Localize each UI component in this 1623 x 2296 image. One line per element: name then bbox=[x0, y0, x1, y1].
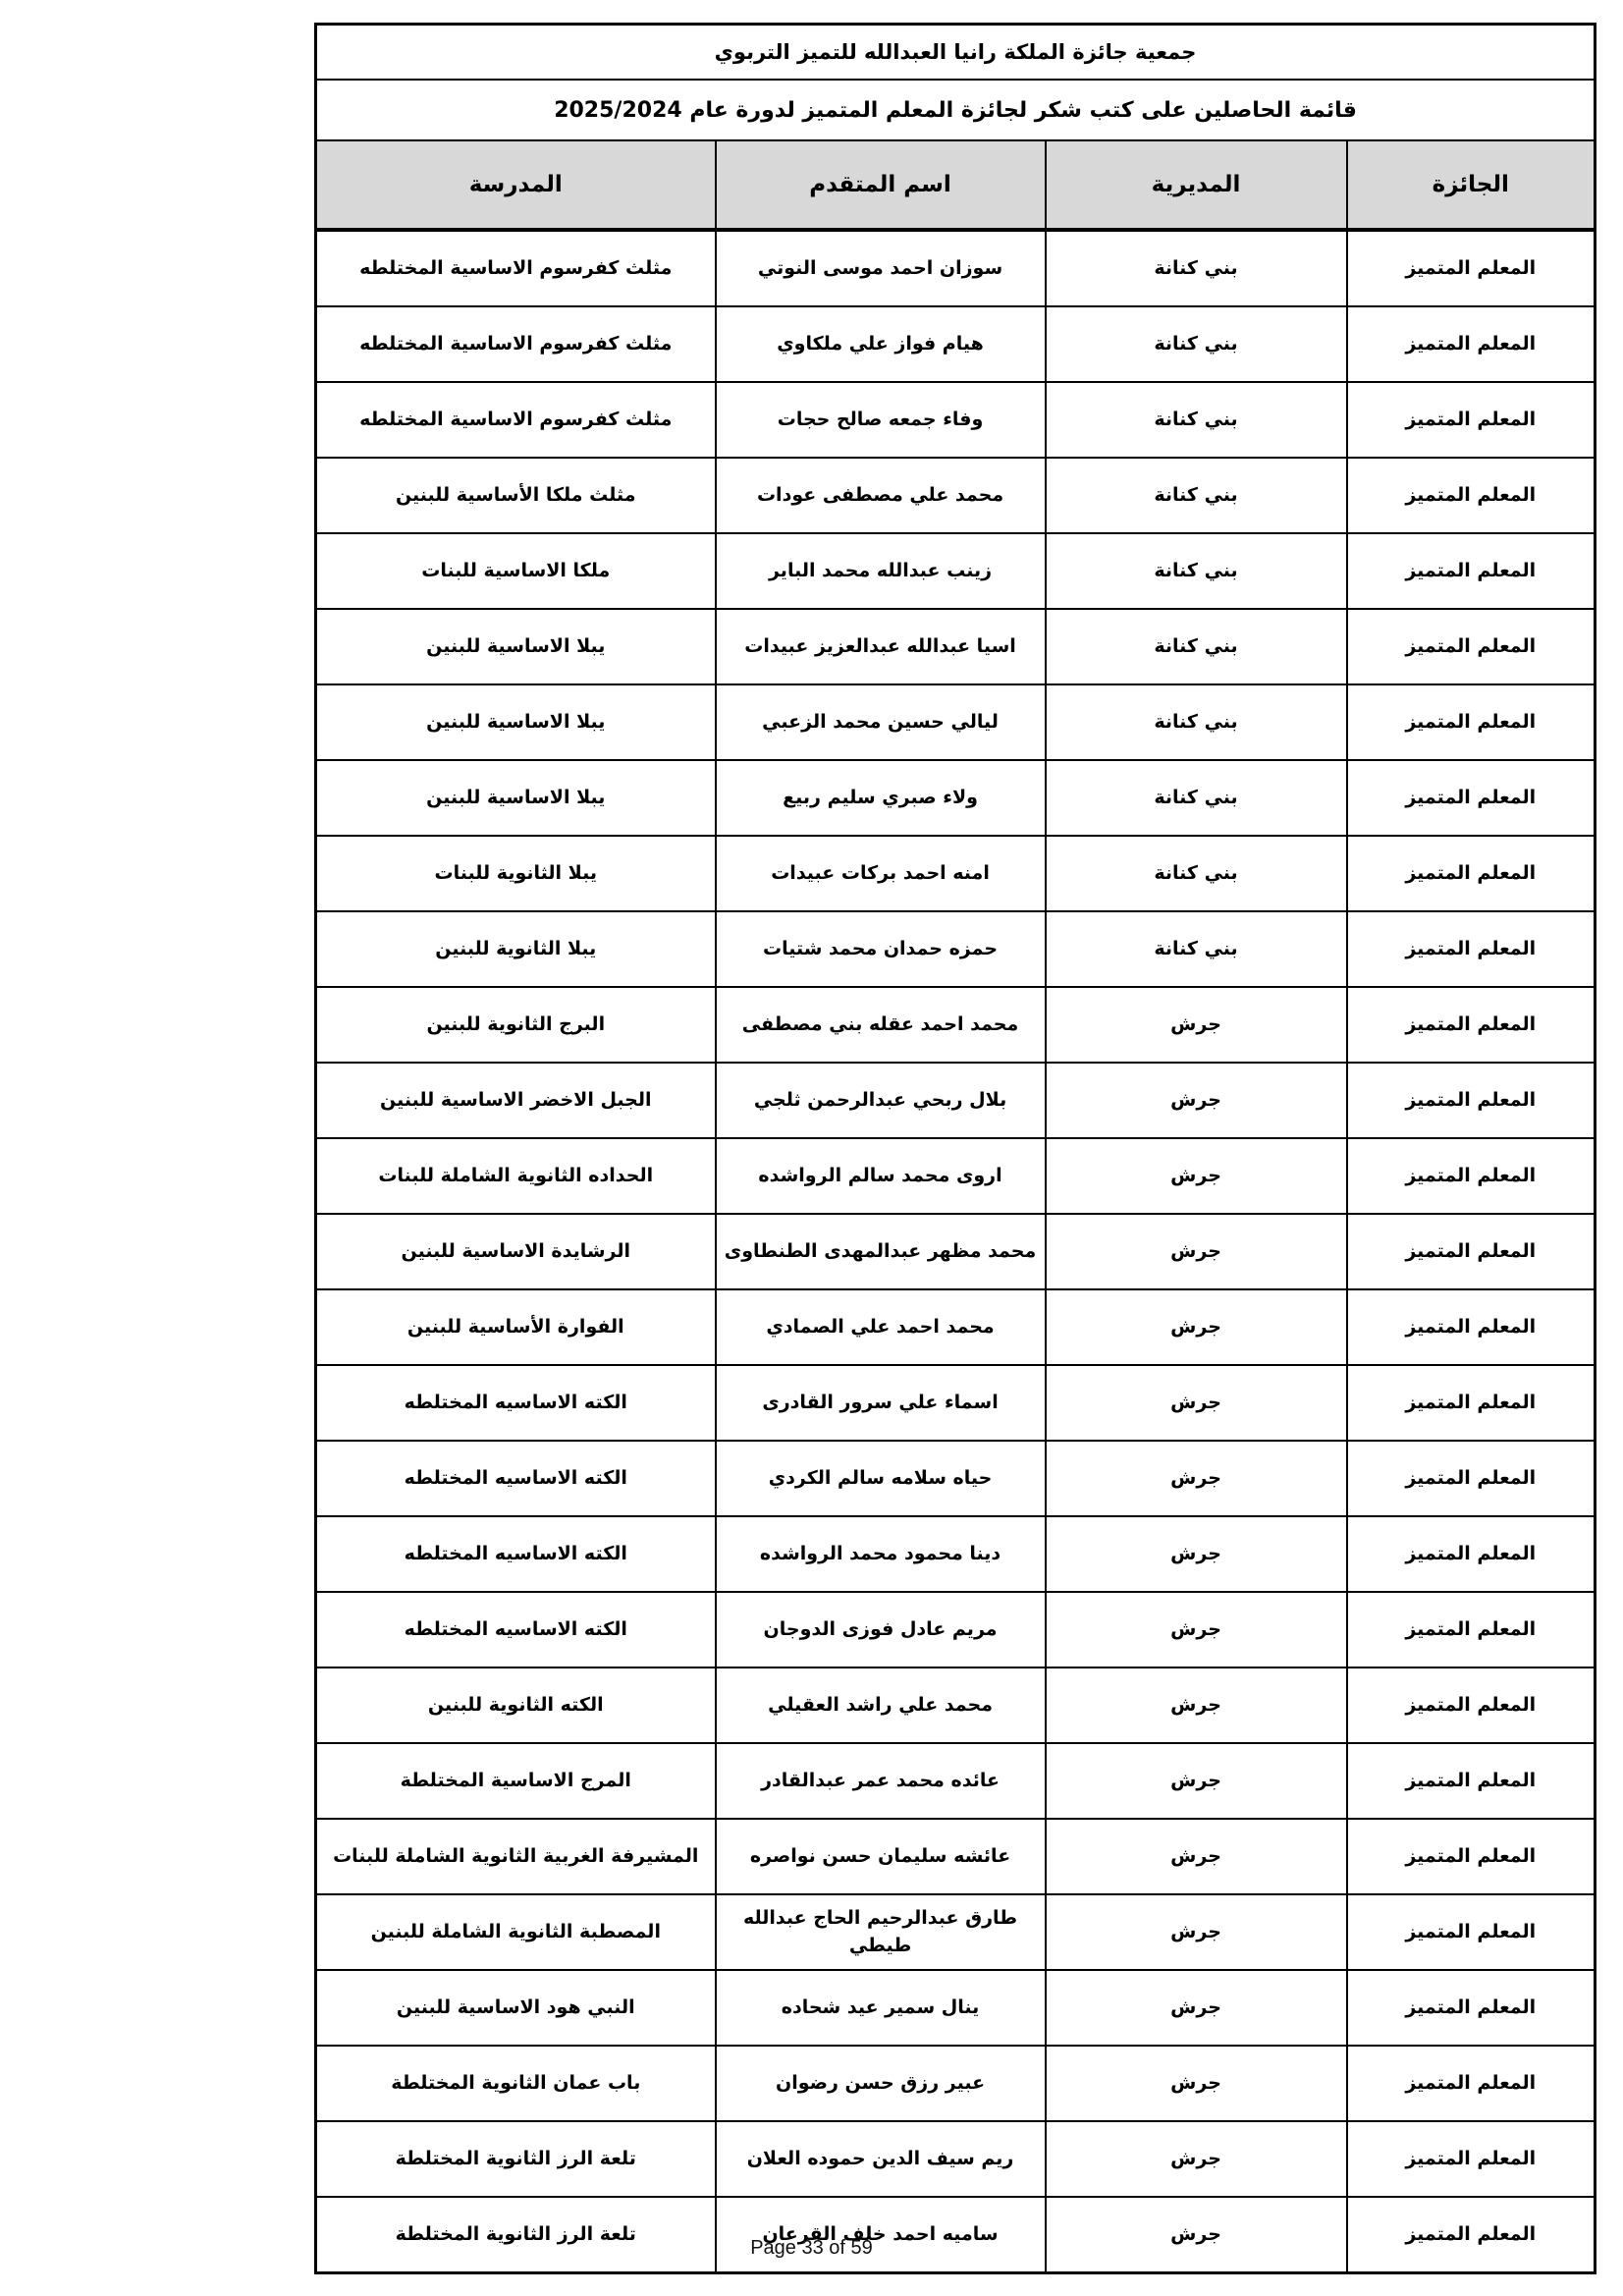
cell-applicant: عائشه سليمان حسن نواصره bbox=[716, 1819, 1046, 1894]
table-row: المعلم المتميز بني كنانة ليالي حسين محمد… bbox=[316, 684, 1596, 760]
cell-directorate: بني كنانة bbox=[1046, 230, 1347, 306]
cell-directorate: جرش bbox=[1046, 1138, 1347, 1214]
cell-directorate: جرش bbox=[1046, 2121, 1347, 2197]
cell-directorate: جرش bbox=[1046, 1894, 1347, 1970]
cell-applicant: بلال ربحي عبدالرحمن ثلجي bbox=[716, 1063, 1046, 1138]
table-row: المعلم المتميز جرش عائشه سليمان حسن نواص… bbox=[316, 1819, 1596, 1894]
table-row: المعلم المتميز بني كنانة امنه احمد بركات… bbox=[316, 836, 1596, 911]
cell-award: المعلم المتميز bbox=[1347, 836, 1596, 911]
table-subtitle-row: قائمة الحاصلين على كتب شكر لجائزة المعلم… bbox=[316, 80, 1596, 140]
cell-award: المعلم المتميز bbox=[1347, 1441, 1596, 1516]
cell-directorate: جرش bbox=[1046, 2197, 1347, 2273]
table-row: المعلم المتميز بني كنانة وفاء جمعه صالح … bbox=[316, 382, 1596, 458]
cell-school: مثلث كفرسوم الاساسية المختلطه bbox=[316, 306, 716, 382]
cell-applicant: محمد مظهر عبدالمهدى الطنطاوى bbox=[716, 1214, 1046, 1289]
table-row: المعلم المتميز جرش دينا محمود محمد الروا… bbox=[316, 1516, 1596, 1592]
cell-school: يبلا الثانوية للبنات bbox=[316, 836, 716, 911]
cell-award: المعلم المتميز bbox=[1347, 458, 1596, 533]
cell-award: المعلم المتميز bbox=[1347, 382, 1596, 458]
cell-award: المعلم المتميز bbox=[1347, 911, 1596, 987]
cell-directorate: جرش bbox=[1046, 1592, 1347, 1667]
cell-applicant: زينب عبدالله محمد الباير bbox=[716, 533, 1046, 609]
cell-directorate: بني كنانة bbox=[1046, 533, 1347, 609]
cell-applicant: ينال سمير عيد شحاده bbox=[716, 1970, 1046, 2046]
table-row: المعلم المتميز بني كنانة سوزان احمد موسى… bbox=[316, 230, 1596, 306]
table-row: المعلم المتميز جرش عبير رزق حسن رضوان با… bbox=[316, 2046, 1596, 2121]
cell-school: مثلث كفرسوم الاساسية المختلطه bbox=[316, 382, 716, 458]
cell-applicant: اسيا عبدالله عبدالعزيز عبيدات bbox=[716, 609, 1046, 684]
cell-school: باب عمان الثانوية المختلطة bbox=[316, 2046, 716, 2121]
cell-applicant: محمد علي مصطفى عودات bbox=[716, 458, 1046, 533]
table-row: المعلم المتميز جرش اروى محمد سالم الرواش… bbox=[316, 1138, 1596, 1214]
cell-award: المعلم المتميز bbox=[1347, 1214, 1596, 1289]
table-row: المعلم المتميز جرش اسماء علي سرور القادر… bbox=[316, 1365, 1596, 1441]
cell-school: مثلث كفرسوم الاساسية المختلطه bbox=[316, 230, 716, 306]
cell-school: الكته الاساسيه المختلطه bbox=[316, 1365, 716, 1441]
page-number: Page 33 of 59 bbox=[0, 2237, 1623, 2260]
table-row: المعلم المتميز جرش محمد مظهر عبدالمهدى ا… bbox=[316, 1214, 1596, 1289]
cell-school: النبي هود الاساسية للبنين bbox=[316, 1970, 716, 2046]
col-header-directorate: المديرية bbox=[1046, 140, 1347, 230]
cell-directorate: جرش bbox=[1046, 987, 1347, 1063]
cell-school: ملكا الاساسية للبنات bbox=[316, 533, 716, 609]
cell-school: الكته الاساسيه المختلطه bbox=[316, 1441, 716, 1516]
cell-school: الجبل الاخضر الاساسية للبنين bbox=[316, 1063, 716, 1138]
table-row: المعلم المتميز بني كنانة هيام فواز علي م… bbox=[316, 306, 1596, 382]
cell-award: المعلم المتميز bbox=[1347, 1138, 1596, 1214]
cell-award: المعلم المتميز bbox=[1347, 609, 1596, 684]
table-row: المعلم المتميز جرش طارق عبدالرحيم الحاج … bbox=[316, 1894, 1596, 1970]
cell-applicant: امنه احمد بركات عبيدات bbox=[716, 836, 1046, 911]
cell-applicant: ولاء صبري سليم ربيع bbox=[716, 760, 1046, 836]
cell-award: المعلم المتميز bbox=[1347, 1894, 1596, 1970]
table-row: المعلم المتميز بني كنانة حمزه حمدان محمد… bbox=[316, 911, 1596, 987]
cell-applicant: محمد علي راشد العقيلي bbox=[716, 1667, 1046, 1743]
list-title: قائمة الحاصلين على كتب شكر لجائزة المعلم… bbox=[316, 80, 1596, 140]
cell-award: المعلم المتميز bbox=[1347, 1819, 1596, 1894]
cell-award: المعلم المتميز bbox=[1347, 533, 1596, 609]
cell-directorate: جرش bbox=[1046, 1214, 1347, 1289]
cell-school: الكته الاساسيه المختلطه bbox=[316, 1592, 716, 1667]
cell-directorate: بني كنانة bbox=[1046, 382, 1347, 458]
table-row: المعلم المتميز بني كنانة اسيا عبدالله عب… bbox=[316, 609, 1596, 684]
cell-school: يبلا الاساسية للبنين bbox=[316, 760, 716, 836]
cell-directorate: جرش bbox=[1046, 1743, 1347, 1819]
cell-applicant: طارق عبدالرحيم الحاج عبدالله طيطي bbox=[716, 1894, 1046, 1970]
cell-directorate: جرش bbox=[1046, 1667, 1347, 1743]
cell-award: المعلم المتميز bbox=[1347, 2197, 1596, 2273]
table-row: المعلم المتميز جرش مريم عادل فوزى الدوجا… bbox=[316, 1592, 1596, 1667]
cell-directorate: جرش bbox=[1046, 1516, 1347, 1592]
cell-directorate: جرش bbox=[1046, 1970, 1347, 2046]
cell-school: الرشايدة الاساسية للبنين bbox=[316, 1214, 716, 1289]
table-row: المعلم المتميز بني كنانة زينب عبدالله مح… bbox=[316, 533, 1596, 609]
cell-directorate: جرش bbox=[1046, 2046, 1347, 2121]
org-title: جمعية جائزة الملكة رانيا العبدالله للتمي… bbox=[316, 25, 1596, 81]
cell-applicant: سوزان احمد موسى النوتي bbox=[716, 230, 1046, 306]
cell-applicant: محمد احمد عقله بني مصطفى bbox=[716, 987, 1046, 1063]
cell-award: المعلم المتميز bbox=[1347, 1365, 1596, 1441]
table-row: المعلم المتميز جرش محمد علي راشد العقيلي… bbox=[316, 1667, 1596, 1743]
table-row: المعلم المتميز جرش ينال سمير عيد شحاده ا… bbox=[316, 1970, 1596, 2046]
cell-directorate: بني كنانة bbox=[1046, 760, 1347, 836]
col-header-school: المدرسة bbox=[316, 140, 716, 230]
table-row: المعلم المتميز جرش ريم سيف الدين حموده ا… bbox=[316, 2121, 1596, 2197]
col-header-applicant: اسم المتقدم bbox=[716, 140, 1046, 230]
table-body: المعلم المتميز بني كنانة سوزان احمد موسى… bbox=[316, 230, 1596, 2273]
cell-applicant: حياه سلامه سالم الكردي bbox=[716, 1441, 1046, 1516]
cell-award: المعلم المتميز bbox=[1347, 1063, 1596, 1138]
cell-directorate: جرش bbox=[1046, 1441, 1347, 1516]
cell-applicant: اسماء علي سرور القادرى bbox=[716, 1365, 1046, 1441]
cell-school: المرج الاساسية المختلطة bbox=[316, 1743, 716, 1819]
cell-school: تلعة الرز الثانوية المختلطة bbox=[316, 2121, 716, 2197]
table-row: المعلم المتميز جرش عائده محمد عمر عبدالق… bbox=[316, 1743, 1596, 1819]
award-table: جمعية جائزة الملكة رانيا العبدالله للتمي… bbox=[314, 23, 1596, 2274]
cell-school: يبلا الاساسية للبنين bbox=[316, 609, 716, 684]
cell-award: المعلم المتميز bbox=[1347, 987, 1596, 1063]
table-row: المعلم المتميز جرش بلال ربحي عبدالرحمن ث… bbox=[316, 1063, 1596, 1138]
table-row: المعلم المتميز جرش ساميه احمد خلف القرعا… bbox=[316, 2197, 1596, 2273]
cell-applicant: عبير رزق حسن رضوان bbox=[716, 2046, 1046, 2121]
cell-award: المعلم المتميز bbox=[1347, 306, 1596, 382]
cell-directorate: جرش bbox=[1046, 1063, 1347, 1138]
table-row: المعلم المتميز بني كنانة محمد علي مصطفى … bbox=[316, 458, 1596, 533]
cell-award: المعلم المتميز bbox=[1347, 2121, 1596, 2197]
cell-applicant: اروى محمد سالم الرواشده bbox=[716, 1138, 1046, 1214]
cell-directorate: جرش bbox=[1046, 1365, 1347, 1441]
cell-award: المعلم المتميز bbox=[1347, 1970, 1596, 2046]
table-row: المعلم المتميز جرش حياه سلامه سالم الكرد… bbox=[316, 1441, 1596, 1516]
table-row: المعلم المتميز جرش محمد احمد علي الصمادي… bbox=[316, 1289, 1596, 1365]
cell-school: الفوارة الأساسية للبنين bbox=[316, 1289, 716, 1365]
col-header-award: الجائزة bbox=[1347, 140, 1596, 230]
cell-directorate: بني كنانة bbox=[1046, 836, 1347, 911]
cell-award: المعلم المتميز bbox=[1347, 230, 1596, 306]
cell-applicant: دينا محمود محمد الرواشده bbox=[716, 1516, 1046, 1592]
cell-applicant: ساميه احمد خلف القرعان bbox=[716, 2197, 1046, 2273]
cell-award: المعلم المتميز bbox=[1347, 1743, 1596, 1819]
table-title-row: جمعية جائزة الملكة رانيا العبدالله للتمي… bbox=[316, 25, 1596, 81]
cell-school: المصطبة الثانوية الشاملة للبنين bbox=[316, 1894, 716, 1970]
cell-applicant: ليالي حسين محمد الزعبي bbox=[716, 684, 1046, 760]
cell-applicant: مريم عادل فوزى الدوجان bbox=[716, 1592, 1046, 1667]
cell-directorate: بني كنانة bbox=[1046, 911, 1347, 987]
cell-applicant: هيام فواز علي ملكاوي bbox=[716, 306, 1046, 382]
cell-school: يبلا الاساسية للبنين bbox=[316, 684, 716, 760]
cell-school: المشيرفة الغربية الثانوية الشاملة للبنات bbox=[316, 1819, 716, 1894]
cell-school: الكته الثانوية للبنين bbox=[316, 1667, 716, 1743]
cell-directorate: جرش bbox=[1046, 1289, 1347, 1365]
cell-directorate: بني كنانة bbox=[1046, 458, 1347, 533]
cell-applicant: عائده محمد عمر عبدالقادر bbox=[716, 1743, 1046, 1819]
cell-school: يبلا الثانوية للبنين bbox=[316, 911, 716, 987]
cell-applicant: وفاء جمعه صالح حجات bbox=[716, 382, 1046, 458]
cell-award: المعلم المتميز bbox=[1347, 1516, 1596, 1592]
cell-award: المعلم المتميز bbox=[1347, 1667, 1596, 1743]
table-row: المعلم المتميز جرش محمد احمد عقله بني مص… bbox=[316, 987, 1596, 1063]
cell-directorate: بني كنانة bbox=[1046, 609, 1347, 684]
cell-school: مثلث ملكا الأساسية للبنين bbox=[316, 458, 716, 533]
cell-school: البرج الثانوية للبنين bbox=[316, 987, 716, 1063]
cell-school: تلعة الرز الثانوية المختلطة bbox=[316, 2197, 716, 2273]
cell-award: المعلم المتميز bbox=[1347, 2046, 1596, 2121]
cell-school: الحداده الثانوية الشاملة للبنات bbox=[316, 1138, 716, 1214]
cell-school: الكته الاساسيه المختلطه bbox=[316, 1516, 716, 1592]
cell-applicant: ريم سيف الدين حموده العلان bbox=[716, 2121, 1046, 2197]
column-header-row: الجائزة المديرية اسم المتقدم المدرسة bbox=[316, 140, 1596, 230]
cell-directorate: جرش bbox=[1046, 1819, 1347, 1894]
cell-award: المعلم المتميز bbox=[1347, 760, 1596, 836]
cell-award: المعلم المتميز bbox=[1347, 1289, 1596, 1365]
cell-award: المعلم المتميز bbox=[1347, 684, 1596, 760]
cell-directorate: بني كنانة bbox=[1046, 684, 1347, 760]
cell-applicant: حمزه حمدان محمد شتيات bbox=[716, 911, 1046, 987]
cell-applicant: محمد احمد علي الصمادي bbox=[716, 1289, 1046, 1365]
document-page: جمعية جائزة الملكة رانيا العبدالله للتمي… bbox=[0, 0, 1623, 2296]
table-row: المعلم المتميز بني كنانة ولاء صبري سليم … bbox=[316, 760, 1596, 836]
cell-award: المعلم المتميز bbox=[1347, 1592, 1596, 1667]
cell-directorate: بني كنانة bbox=[1046, 306, 1347, 382]
